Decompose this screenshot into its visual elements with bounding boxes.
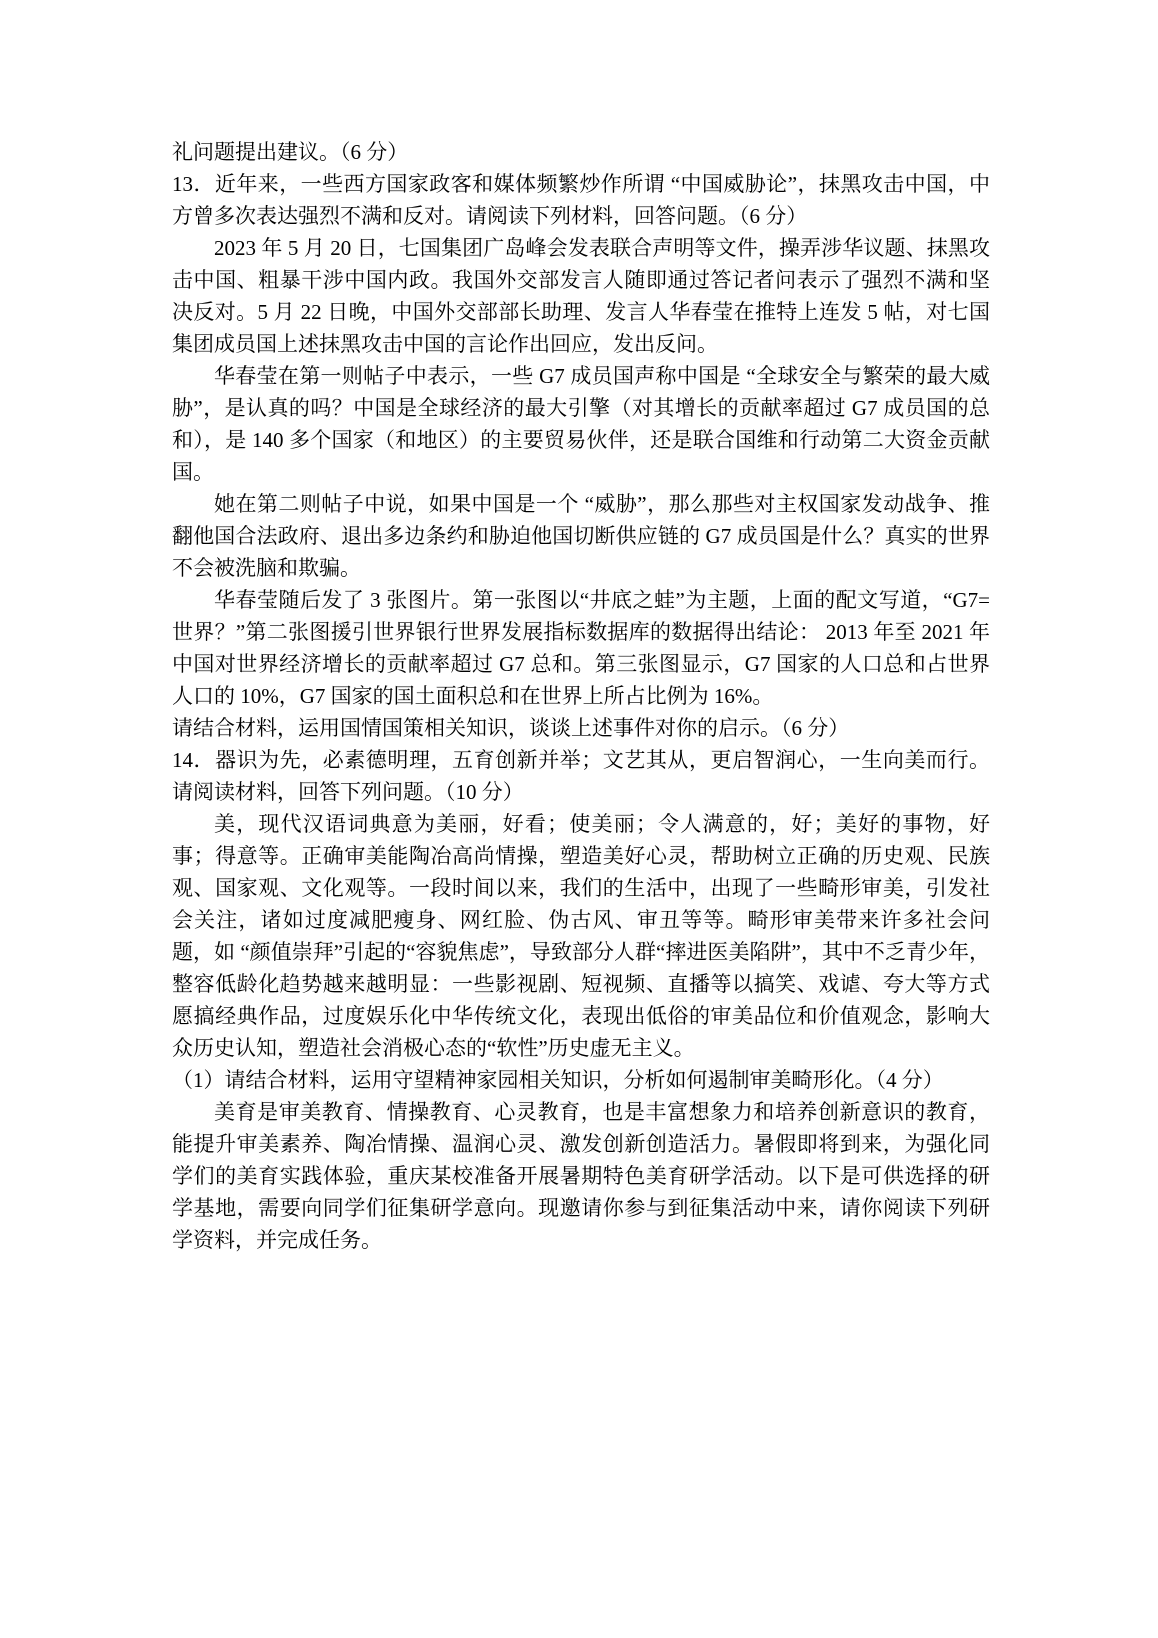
paragraph: （1）请结合材料，运用守望精神家园相关知识，分析如何遏制审美畸形化。（4 分） — [172, 1064, 990, 1096]
paragraph: 她在第二则帖子中说，如果中国是一个 “威胁”，那么那些对主权国家发动战争、推翻他… — [172, 488, 990, 584]
paragraph: 华春莹随后发了 3 张图片。第一张图以“井底之蛙”为主题，上面的配文写道，“G7… — [172, 584, 990, 712]
paragraph: 13．近年来，一些西方国家政客和媒体频繁炒作所谓 “中国威胁论”，抹黑攻击中国，… — [172, 168, 990, 232]
paragraph: 14．器识为先，必素德明理，五育创新并举；文艺其从，更启智润心，一生向美而行。请… — [172, 744, 990, 808]
paragraph: 华春莹在第一则帖子中表示，一些 G7 成员国声称中国是 “全球安全与繁荣的最大威… — [172, 360, 990, 488]
paragraph: 美，现代汉语词典意为美丽，好看；使美丽；令人满意的，好；美好的事物，好事；得意等… — [172, 808, 990, 1064]
paragraph: 请结合材料，运用国情国策相关知识，谈谈上述事件对你的启示。（6 分） — [172, 712, 990, 744]
document-text-block: 礼问题提出建议。（6 分）13．近年来，一些西方国家政客和媒体频繁炒作所谓 “中… — [172, 136, 990, 1256]
paragraph: 2023 年 5 月 20 日，七国集团广岛峰会发表联合声明等文件，操弄涉华议题… — [172, 232, 990, 360]
paragraph: 美育是审美教育、情操教育、心灵教育，也是丰富想象力和培养创新意识的教育，能提升审… — [172, 1096, 990, 1256]
paragraph: 礼问题提出建议。（6 分） — [172, 136, 990, 168]
document-page: 礼问题提出建议。（6 分）13．近年来，一些西方国家政客和媒体频繁炒作所谓 “中… — [0, 0, 1158, 1638]
